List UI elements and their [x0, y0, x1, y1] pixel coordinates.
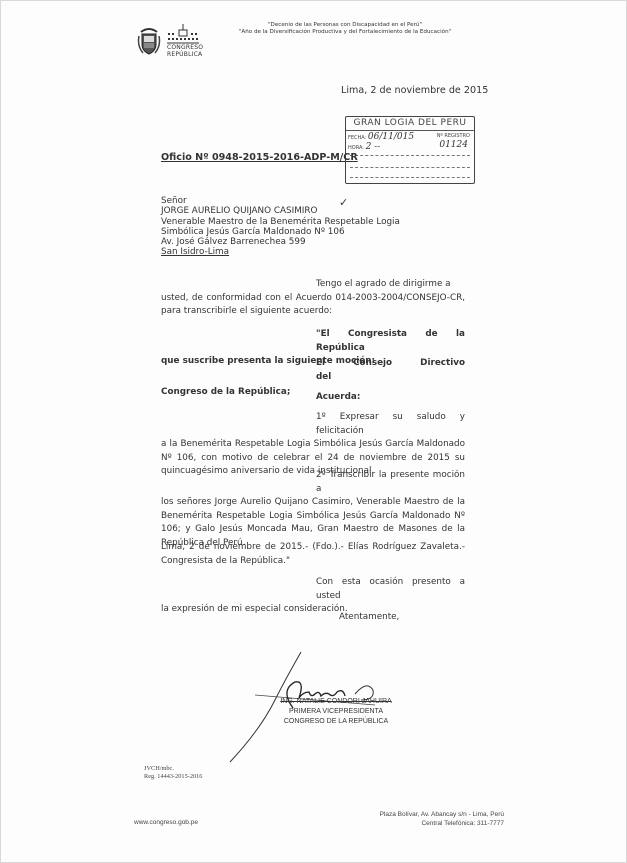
recipient-title-2: Simbólica Jesús García Maldonado Nº 106 [161, 227, 400, 237]
recipient-city: San Isidro-Lima [161, 247, 400, 257]
stamp-registro-label: Nº REGISTRO [437, 133, 470, 139]
stamp-title: GRAN LOGIA DEL PERU [346, 118, 474, 131]
recipient-name: JORGE AURELIO QUIJANO CASIMIRO [161, 206, 400, 216]
council-line-1: El Consejo Directivo del [161, 357, 465, 384]
regards-text: Atentamente, [161, 611, 465, 625]
motion-line-1: "El Congresista de la República [161, 328, 465, 355]
recipient-block: Señor JORGE AURELIO QUIJANO CASIMIRO Ven… [161, 196, 400, 258]
acuerda-heading: Acuerda: [161, 391, 465, 405]
stamp-registro-value: 01124 [439, 140, 468, 150]
document-reference: Oficio Nº 0948-2015-2016-ADP-M/CR [161, 152, 358, 163]
scanned-letter-page: CONGRESO REPÚBLICA "Decenio de las Perso… [0, 0, 627, 863]
letterhead-mottos: "Decenio de las Personas con Discapacida… [200, 22, 490, 36]
agreement-point-2: 2º Transcribir la presente moción a los … [161, 469, 465, 550]
footer-address: Plaza Bolívar, Av. Abancay s/n - Lima, P… [368, 811, 504, 828]
institution-name-line1: CONGRESO [167, 44, 199, 51]
signatory-block: ING. NATALIE CONDORI JAHUIRA PRIMERA VIC… [266, 697, 406, 727]
motto-decade: "Decenio de las Personas con Discapacida… [200, 22, 490, 29]
intro-line-1: Tengo el agrado de dirigirme a [161, 278, 465, 292]
motion-signoff-text: Lima, 2 de noviembre de 2015.- (Fdo.).- … [161, 541, 465, 568]
congress-logo: CONGRESO REPÚBLICA [167, 24, 199, 62]
intro-line-2: usted, de conformidad con el Acuerdo 014… [161, 292, 465, 319]
stamp-hora-label: HORA: [348, 145, 364, 151]
signatory-name: ING. NATALIE CONDORI JAHUIRA [266, 697, 406, 707]
stamp-blank-line [350, 155, 470, 156]
date-line: Lima, 2 de noviembre de 2015 [341, 85, 488, 96]
internal-references: JVCH/mbc. Reg. 14443-2015-2016 [144, 765, 202, 780]
point-2-lead: 2º Transcribir la presente moción a [161, 469, 465, 496]
congress-building-icon [167, 24, 199, 44]
regards: Atentamente, [161, 611, 465, 625]
footer-street: Plaza Bolívar, Av. Abancay s/n - Lima, P… [368, 811, 504, 820]
letter-intro: Tengo el agrado de dirigirme a usted, de… [161, 278, 465, 319]
check-mark-icon: ✓ [339, 196, 348, 209]
motion-signoff: Lima, 2 de noviembre de 2015.- (Fdo.).- … [161, 541, 465, 568]
stamp-fecha-value: 06/11/015 [368, 132, 414, 142]
stamp-hora-value: 2 -- [366, 142, 381, 152]
stamp-blank-line [350, 177, 470, 178]
recipient-address: Av. José Gálvez Barrenechea 599 [161, 237, 400, 247]
signatory-role: PRIMERA VICEPRESIDENTA [266, 707, 406, 717]
point-1-lead: 1º Expresar su saludo y felicitación [161, 411, 465, 438]
stamp-fecha-label: FECHA: [348, 135, 366, 141]
registry-number: Reg. 14443-2015-2016 [144, 773, 202, 781]
motto-year: "Año de la Diversificación Productiva y … [200, 29, 490, 36]
footer-phone: Central Telefónica: 311-7777 [368, 820, 504, 829]
stamp-blank-line [350, 167, 470, 168]
signatory-org: CONGRESO DE LA REPÚBLICA [266, 717, 406, 727]
closing-line-1: Con esta ocasión presento a usted [161, 576, 465, 603]
initials: JVCH/mbc. [144, 765, 202, 773]
institution-name-line2: REPÚBLICA [167, 51, 199, 58]
salutation: Señor [161, 196, 400, 206]
national-shield-icon [137, 26, 161, 56]
reception-stamp: GRAN LOGIA DEL PERU FECHA: 06/11/015 Nº … [345, 116, 475, 184]
acuerda-text: Acuerda: [161, 391, 465, 405]
website-link[interactable]: www.congreso.gob.pe [134, 819, 198, 826]
recipient-title-1: Venerable Maestro de la Benemérita Respe… [161, 217, 400, 227]
